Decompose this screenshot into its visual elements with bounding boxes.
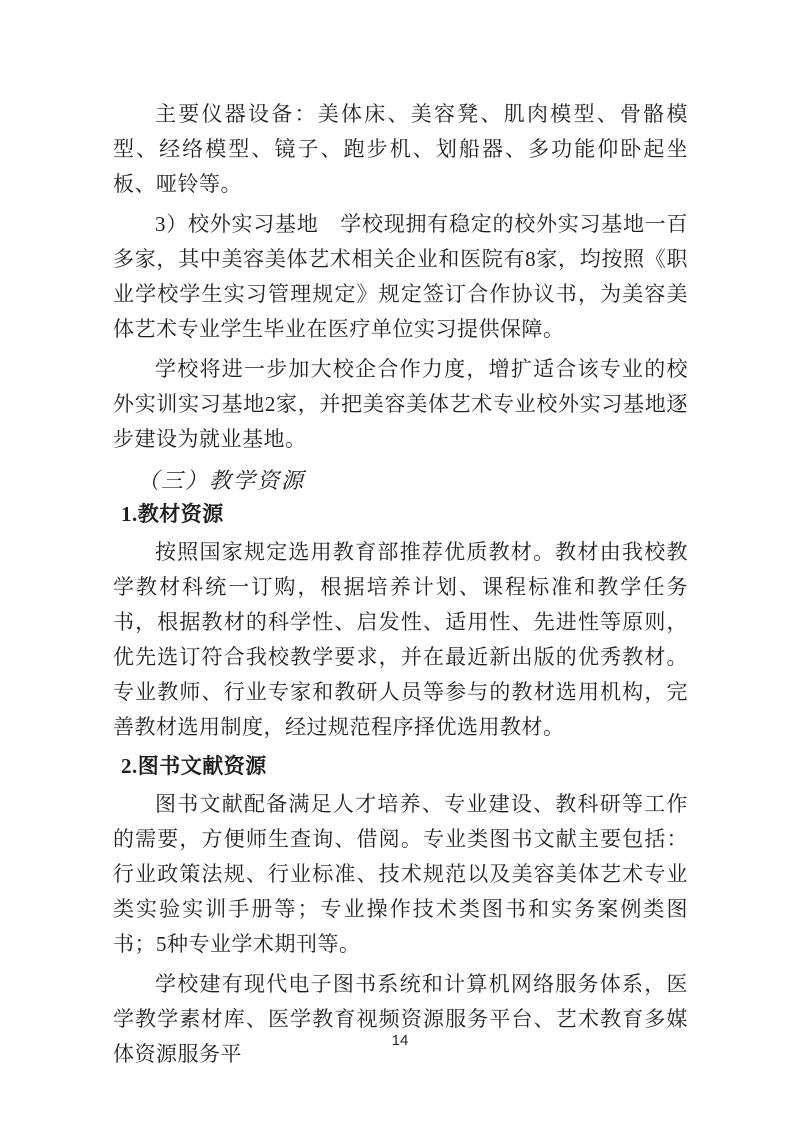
paragraph-external-practice-bases: 3）校外实习基地 学校现拥有稳定的校外实习基地一百多家，其中美容美体艺术相关企业…: [113, 207, 688, 347]
document-body: 主要仪器设备：美体床、美容凳、肌肉模型、骨骼模型、经络模型、镜子、跑步机、划船器…: [113, 97, 688, 1077]
paragraph-library-collection: 图书文献配备满足人才培养、专业建设、教科研等工作的需要，方便师生查询、借阅。专业…: [113, 787, 688, 962]
document-page: 主要仪器设备：美体床、美容凳、肌肉模型、骨骼模型、经络模型、镜子、跑步机、划船器…: [0, 0, 800, 1131]
heading-section-teaching-resources: （三）教学资源: [113, 466, 688, 496]
heading-sub-textbook-resources: 1.教材资源: [113, 499, 688, 529]
paragraph-main-equipment: 主要仪器设备：美体床、美容凳、肌肉模型、骨骼模型、经络模型、镜子、跑步机、划船器…: [113, 97, 688, 202]
paragraph-textbook-selection: 按照国家规定选用教育部推荐优质教材。教材由我校教学教材科统一订购，根据培养计划、…: [113, 535, 688, 745]
paragraph-digital-resources: 学校建有现代电子图书系统和计算机网络服务体系，医学教学素材库、医学教育视频资源服…: [113, 967, 688, 1072]
heading-sub-library-resources: 2.图书文献资源: [113, 751, 688, 781]
page-number: 14: [0, 1032, 800, 1049]
paragraph-school-enterprise-cooperation: 学校将进一步加大校企合作力度，增扩适合该专业的校外实训实习基地2家，并把美容美体…: [113, 352, 688, 457]
